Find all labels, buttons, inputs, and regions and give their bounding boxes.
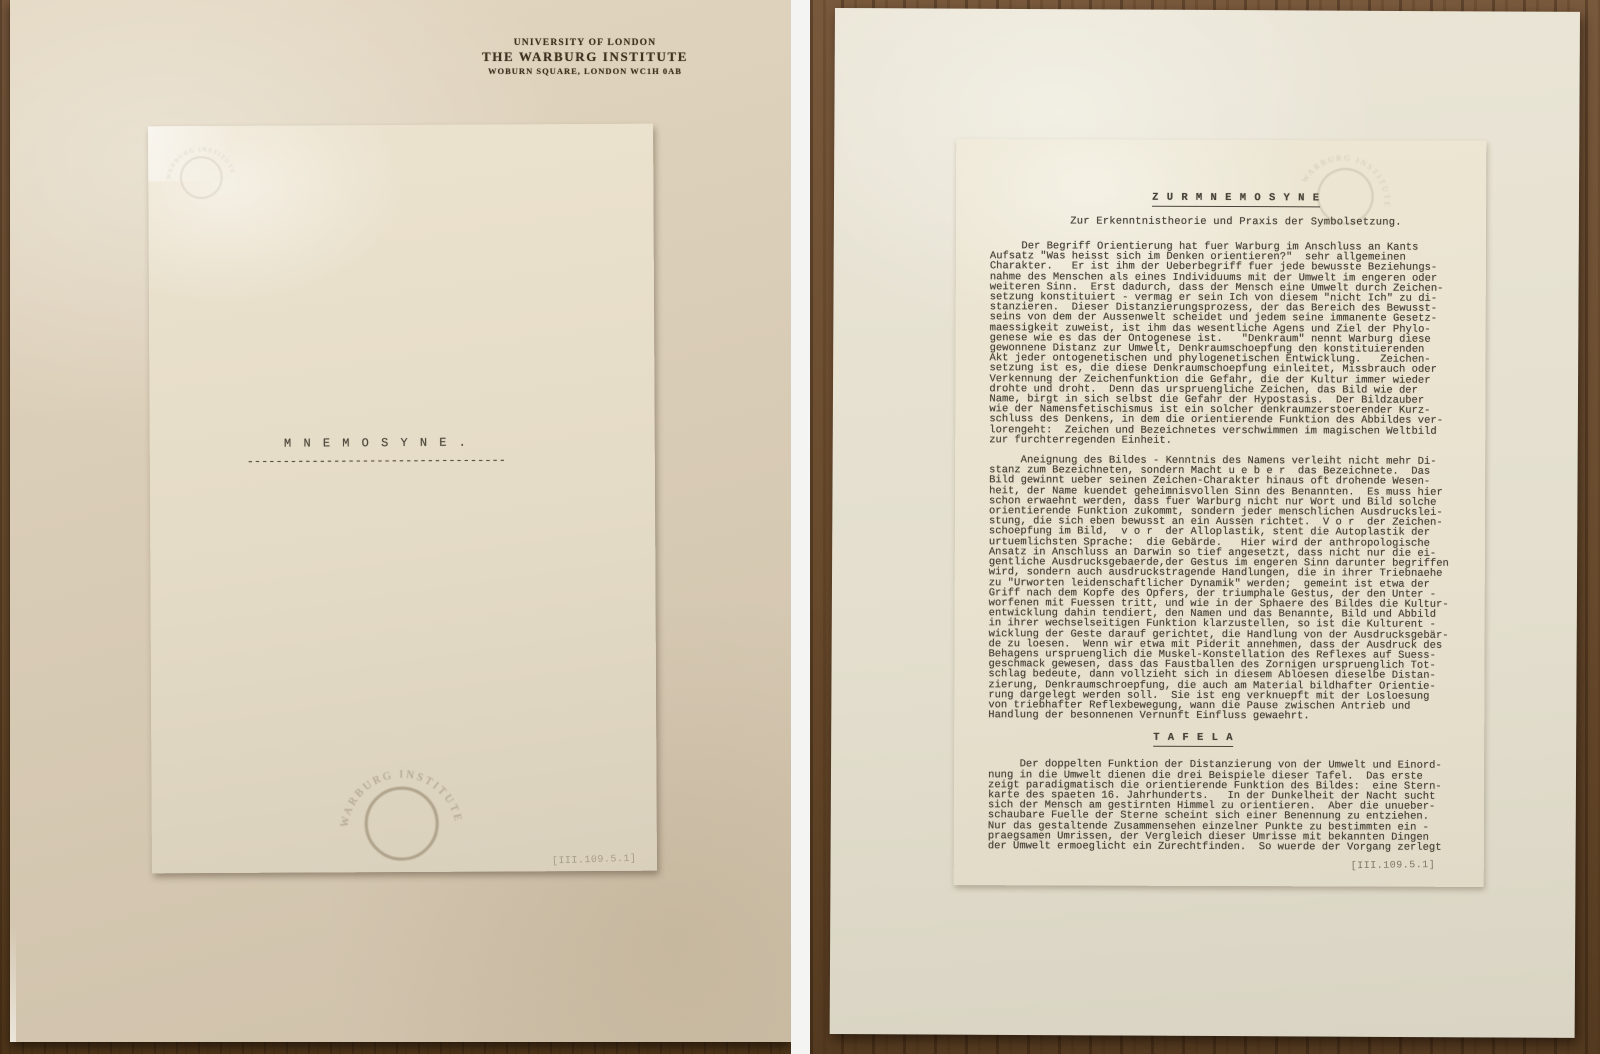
- typescript-text-block: Z U R M N E M O S Y N E Zur Erkenntnisth…: [988, 191, 1482, 853]
- cover-title-rule: ------------------------------------: [124, 453, 629, 470]
- shelfmark-pencil: [III.109.5.1]: [552, 854, 637, 868]
- photo-typescript: WARBURG INSTITUTE Z U R M N E M O S Y N …: [810, 0, 1600, 1054]
- document-typescript-page: WARBURG INSTITUTE Z U R M N E M O S Y N …: [954, 139, 1487, 887]
- document-cover-page: WARBURG INSTITUTE M N E M O S Y N E . --…: [148, 124, 657, 874]
- stamp-line-university: UNIVERSITY OF LONDON: [440, 38, 730, 48]
- stamp-line-address: WOBURN SQUARE, LONDON WC1H 0AB: [440, 66, 730, 76]
- section-heading-tafel-a: T A F E L A: [988, 732, 1480, 749]
- cover-title: M N E M O S Y N E .: [124, 435, 629, 452]
- paragraph-tafel-a: Der doppelten Funktion der Distanzierung…: [988, 760, 1480, 854]
- page-subtitle: Zur Erkenntnistheorie und Praxis der Sym…: [990, 215, 1482, 229]
- paragraph-orientierung: Der Begriff Orientierung hat fuer Warbur…: [989, 241, 1482, 447]
- section-heading-text: T A F E L A: [1153, 732, 1233, 747]
- warburg-address-stamp: UNIVERSITY OF LONDON THE WARBURG INSTITU…: [440, 38, 730, 76]
- shelfmark-pencil: [III.109.5.1]: [1351, 860, 1436, 872]
- archive-photo-pair: UNIVERSITY OF LONDON THE WARBURG INSTITU…: [0, 0, 1600, 1054]
- svg-text:WARBURG INSTITUTE: WARBURG INSTITUTE: [166, 147, 236, 180]
- stamp-line-institute: THE WARBURG INSTITUTE: [440, 49, 730, 65]
- paragraph-aneignung: Aneignung des Bildes - Kenntnis des Name…: [988, 455, 1481, 722]
- backing-sheet-left: UNIVERSITY OF LONDON THE WARBURG INSTITU…: [10, 0, 791, 1042]
- photo-cover-sheet: UNIVERSITY OF LONDON THE WARBURG INSTITU…: [0, 0, 791, 1054]
- embossed-seal-icon: WARBURG INSTITUTE: [156, 136, 246, 216]
- page-title-text: Z U R M N E M O S Y N E: [1152, 192, 1320, 208]
- embossed-seal-icon: WARBURG INSTITUTE: [321, 761, 482, 882]
- svg-text:WARBURG INSTITUTE: WARBURG INSTITUTE: [338, 768, 464, 828]
- page-title: Z U R M N E M O S Y N E: [990, 191, 1482, 208]
